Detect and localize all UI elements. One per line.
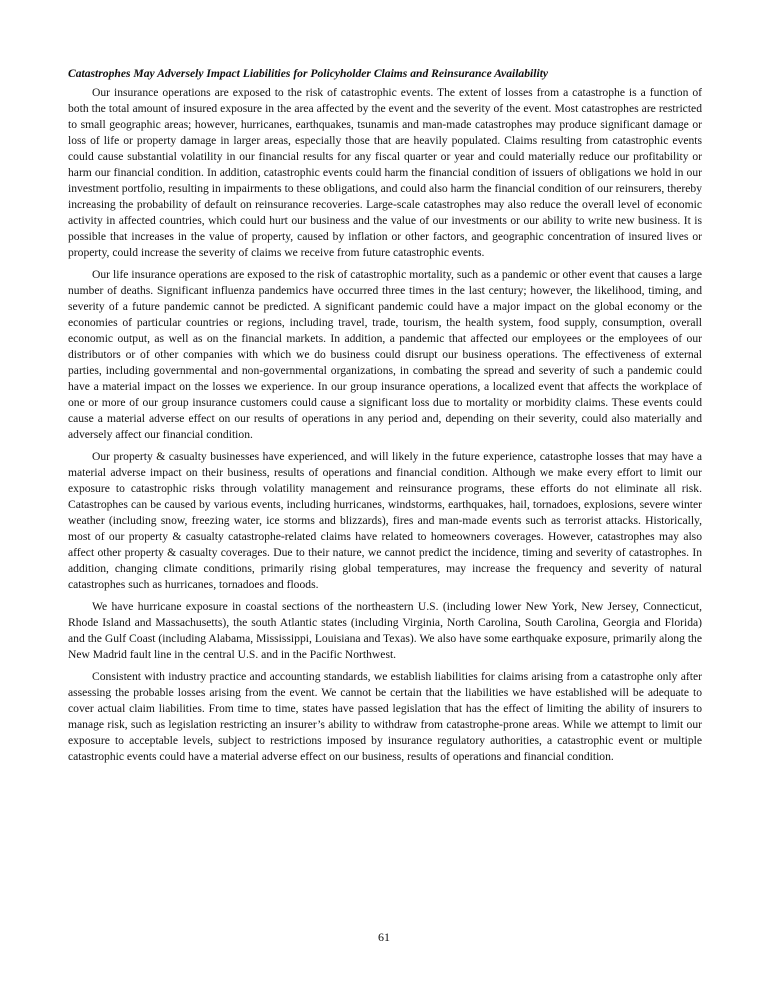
section-heading: Catastrophes May Adversely Impact Liabil… — [68, 66, 702, 82]
document-page: Catastrophes May Adversely Impact Liabil… — [68, 66, 702, 771]
paragraph-hurricane-exposure: We have hurricane exposure in coastal se… — [68, 599, 702, 663]
paragraph-property-casualty: Our property & casualty businesses have … — [68, 449, 702, 593]
page-number: 61 — [0, 930, 768, 945]
paragraph-liabilities-legislation: Consistent with industry practice and ac… — [68, 669, 702, 765]
paragraph-life-insurance-pandemic: Our life insurance operations are expose… — [68, 267, 702, 443]
paragraph-catastrophic-events: Our insurance operations are exposed to … — [68, 85, 702, 261]
